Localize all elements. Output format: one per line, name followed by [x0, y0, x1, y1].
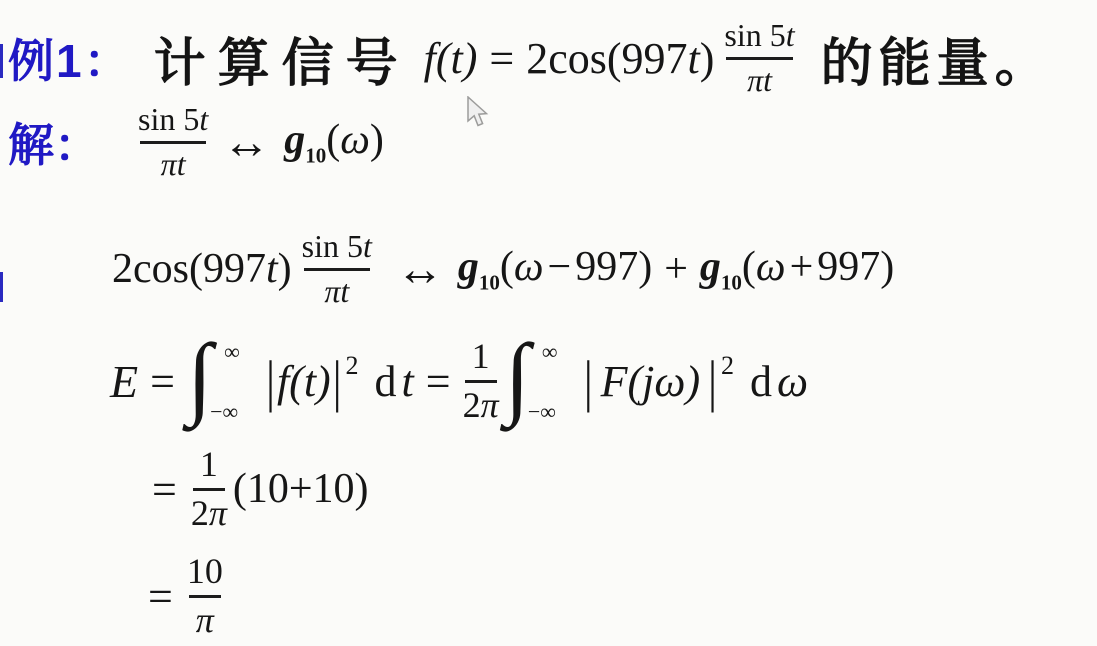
- integral: ∫ ∞ −∞: [187, 337, 264, 425]
- differential: dt: [363, 356, 414, 407]
- integral-limits: ∞ −∞: [212, 337, 258, 425]
- math-token: 2: [721, 351, 734, 380]
- math-token: 2: [346, 351, 359, 380]
- math-token: 997: [817, 244, 880, 290]
- math-token: ): [700, 33, 715, 84]
- math-token: t: [199, 101, 208, 137]
- edge-artifact: [0, 272, 3, 302]
- fraction-numerator: sin 5t: [724, 19, 794, 53]
- integral-limits: ∞ −∞: [530, 337, 576, 425]
- math-token: E: [110, 355, 138, 408]
- formula-line-solution-start: 解： sin 5t πt ↔ g10(ω): [8, 90, 384, 194]
- math-token: |: [708, 348, 717, 414]
- math-token: =: [152, 464, 177, 515]
- abs-squared-term: |F(jω)|2: [582, 356, 738, 407]
- fraction-bar: [140, 141, 206, 144]
- math-token: t: [688, 33, 700, 84]
- math-token: |: [333, 348, 342, 414]
- problem-text-lead: 计算信号: [154, 21, 410, 96]
- math-token: t: [402, 357, 414, 406]
- math-token: −: [548, 244, 572, 290]
- math-token: =: [150, 356, 175, 407]
- fraction-denominator: πt: [161, 148, 186, 182]
- math-token: g: [284, 117, 305, 163]
- fraction-sinc: sin 5t πt: [302, 230, 372, 308]
- math-token: +: [664, 245, 688, 293]
- math-token: =: [489, 33, 514, 84]
- math-token: 2cos(997: [526, 33, 687, 84]
- math-token: π: [209, 493, 227, 533]
- fraction-sinc: sin 5t πt: [138, 103, 208, 181]
- fraction-denominator: πt: [324, 275, 349, 309]
- math-token: f(t): [424, 33, 478, 84]
- math-token: ∞: [542, 339, 576, 365]
- fraction-denominator: π: [196, 602, 214, 640]
- math-token: −∞: [210, 399, 258, 425]
- math-token: (: [742, 244, 756, 290]
- formula-line-result: = 10 π: [148, 548, 223, 644]
- fraction-numerator: 10: [187, 553, 223, 591]
- math-token: =: [148, 571, 173, 622]
- math-token: (: [326, 117, 340, 163]
- math-token: 997: [575, 244, 638, 290]
- fraction-bar: [304, 268, 370, 271]
- math-token: +: [790, 244, 814, 290]
- math-token: ): [880, 244, 894, 290]
- solve-label: 解：: [8, 109, 100, 175]
- fraction-bar: [193, 488, 225, 491]
- integral: ∫ ∞ −∞: [505, 337, 582, 425]
- math-token: sin 5: [724, 17, 785, 53]
- math-token: |: [584, 348, 593, 414]
- fraction-denominator: 2π: [191, 495, 227, 533]
- math-token: ω: [777, 357, 808, 406]
- fraction-numerator: sin 5t: [302, 230, 372, 264]
- gate-function-shifted: g10(ω−997): [458, 243, 652, 295]
- fraction-bar: [726, 57, 792, 60]
- problem-text-tail: 的能量。: [821, 21, 1053, 96]
- example-label: 例1：: [8, 25, 132, 91]
- differential: dω: [738, 356, 808, 407]
- formula-line-energy-integral: E = ∫ ∞ −∞ |f(t)|2 dt = 1 2π ∫ ∞ −∞ |F(j…: [110, 328, 808, 434]
- math-token: (10+10): [233, 465, 369, 513]
- fraction-denominator: πt: [747, 64, 772, 98]
- math-token: F(jω): [601, 357, 700, 406]
- fraction-bar: [189, 595, 221, 598]
- integral-sign: ∫: [505, 340, 530, 414]
- mouse-cursor-icon: [466, 96, 490, 130]
- fraction-numerator: 1: [472, 338, 490, 376]
- math-token: 2cos(997: [112, 245, 266, 293]
- math-token: 10: [305, 143, 326, 167]
- fourier-pair-arrow: ↔: [396, 242, 444, 297]
- math-token: (: [500, 244, 514, 290]
- math-token: ): [370, 117, 384, 163]
- math-token: ω: [340, 117, 370, 163]
- math-token: d: [375, 357, 397, 406]
- fraction-numerator: 1: [200, 446, 218, 484]
- fraction-sinc: sin 5t πt: [724, 19, 794, 97]
- formula-line-modulation: 2cos(997 t ) sin 5t πt ↔ g10(ω−997) + g1…: [112, 220, 894, 318]
- fourier-pair-arrow: ↔: [222, 115, 270, 170]
- fraction-one-over-2pi: 1 2π: [463, 338, 499, 425]
- math-token: t: [786, 17, 795, 53]
- math-token: t: [363, 228, 372, 264]
- fraction-one-over-2pi: 1 2π: [191, 446, 227, 533]
- fraction-bar: [465, 380, 497, 383]
- edge-artifact: [0, 44, 3, 78]
- gate-function: g10(ω): [284, 116, 384, 168]
- math-token: ω: [514, 244, 544, 290]
- slide-canvas: { "page": { "background": "#fbfbf9", "in…: [0, 0, 1097, 646]
- math-token: t: [266, 245, 278, 293]
- math-token: 2: [191, 493, 209, 533]
- math-token: 10: [721, 270, 742, 294]
- math-token: sin 5: [302, 228, 363, 264]
- integral-sign: ∫: [187, 340, 212, 414]
- math-token: 10: [479, 270, 500, 294]
- math-token: π: [481, 385, 499, 425]
- math-token: g: [700, 244, 721, 290]
- formula-line-substitution: = 1 2π (10+10): [152, 436, 369, 542]
- math-token: g: [458, 244, 479, 290]
- gate-function-shifted: g10(ω+997): [700, 243, 894, 295]
- math-token: =: [426, 356, 451, 407]
- math-token: f(t): [277, 357, 331, 406]
- math-token: ∞: [224, 339, 258, 365]
- math-token: ): [638, 244, 652, 290]
- abs-squared-term: |f(t)|2: [264, 356, 362, 407]
- fraction-numerator: sin 5t: [138, 103, 208, 137]
- fraction-result: 10 π: [187, 553, 223, 640]
- fraction-denominator: 2π: [463, 387, 499, 425]
- math-token: |: [266, 348, 275, 414]
- math-token: ω: [756, 244, 786, 290]
- math-token: sin 5: [138, 101, 199, 137]
- math-token: −∞: [528, 399, 576, 425]
- math-token: d: [750, 357, 772, 406]
- math-token: 2: [463, 385, 481, 425]
- math-token: ): [278, 245, 292, 293]
